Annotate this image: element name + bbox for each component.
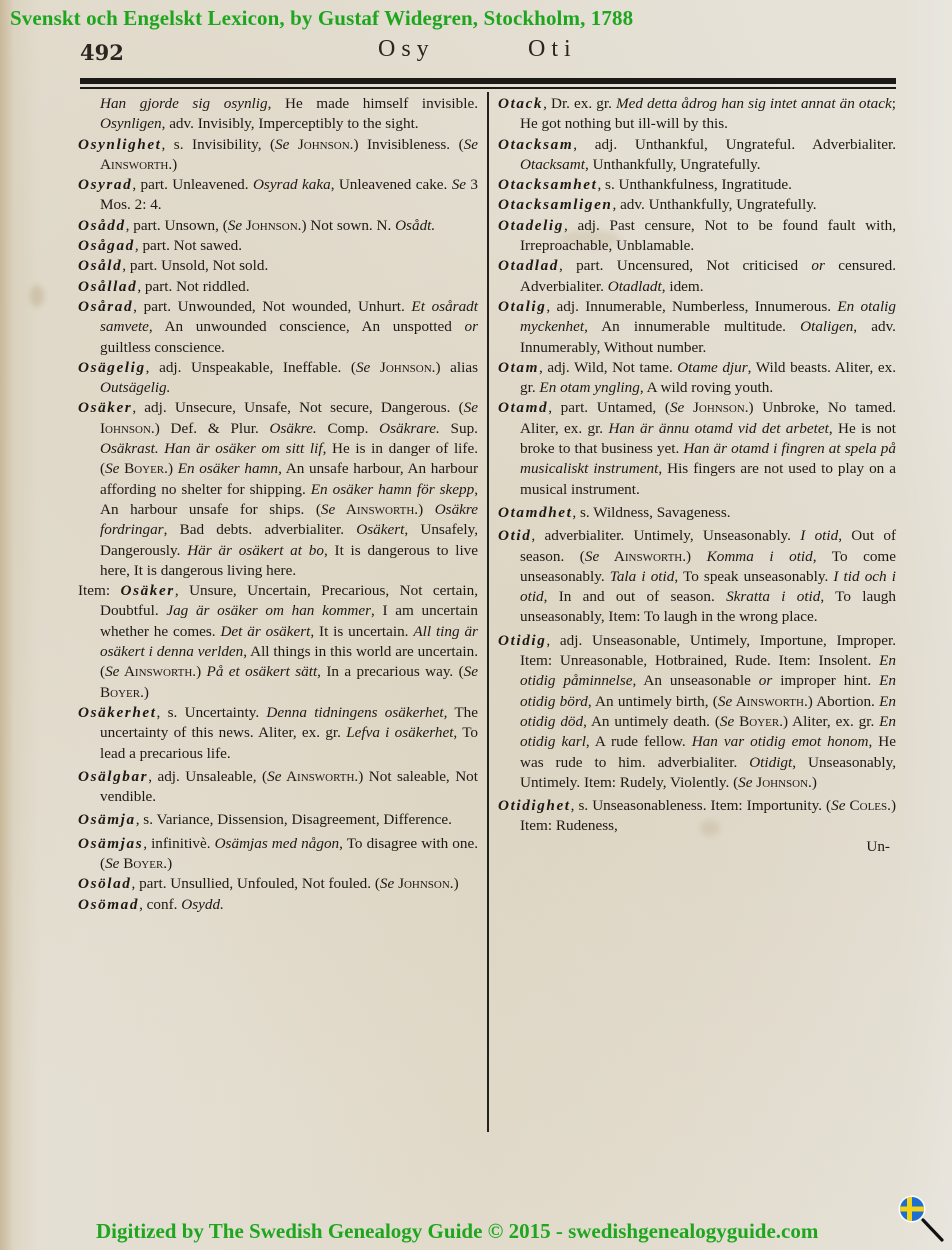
headword: Osårad [78, 298, 133, 315]
headword: Osållad [78, 278, 137, 295]
dictionary-entry: Osynlighet, s. Invisibility, (Se Johnson… [78, 135, 478, 176]
dictionary-entry: Osådd, part. Unsown, (Se Johnson.) Not s… [78, 216, 478, 236]
headword: Otalig [498, 298, 546, 315]
example-text: Jag är osäker om han kommer [166, 602, 371, 619]
header-rule-thin [80, 87, 896, 89]
definition-text: , adj. Unspeakable, Ineffable. ( [146, 359, 356, 376]
dictionary-entry: Osämjas, infinitivè. Osämjas med någon, … [78, 834, 478, 875]
headword: Osämjas [78, 835, 143, 852]
headword: Osådd [78, 217, 126, 234]
source-reference: Ainsworth. [335, 501, 418, 518]
definition-text: ) [812, 774, 817, 791]
example-text: Se [464, 399, 478, 416]
headword: Osämja [78, 811, 136, 828]
example-text: Se [720, 713, 734, 730]
definition-text: , s. Variance, Dissension, Disagreement,… [136, 811, 452, 828]
definition-text: , part. Unsown, ( [126, 217, 228, 234]
dictionary-entry: Otam, adj. Wild, Not tame. Otame djur, W… [498, 358, 896, 399]
definition-text: ) Not sown. N. [301, 217, 395, 234]
dictionary-entry: Osållad, part. Not riddled. [78, 277, 478, 297]
example-text: Otaligen [800, 318, 853, 335]
example-text: Otadladt [608, 278, 662, 295]
dictionary-entry: Osälgbar, adj. Unsaleable, (Se Ainsworth… [78, 767, 478, 808]
example-text: Otacksamt [520, 156, 585, 173]
definition-text: , An innumerable multitude. [584, 318, 800, 335]
headword: Osäkerhet [78, 704, 157, 721]
headword: Osömad [78, 896, 139, 913]
headword: Otidighet [498, 797, 571, 814]
headword: Osynlighet [78, 136, 162, 153]
example-text: Här är osäkert at bo [187, 542, 324, 559]
example-text: Se [356, 359, 370, 376]
example-text: Skratta i otid [726, 588, 820, 605]
example-text: Se [718, 693, 732, 710]
source-reference: Ainsworth. [732, 693, 808, 710]
definition-text: , Unleavened cake. [331, 176, 452, 193]
dictionary-entry: Otacksamhet, s. Unthankfulness, Ingratit… [498, 175, 896, 195]
headword: Osåld [78, 257, 122, 274]
definition-text: ) Aliter, ex. gr. [783, 713, 879, 730]
definition-text: , s. Unthankfulness, Ingratitude. [597, 176, 791, 193]
dictionary-entry: Otidighet, s. Unseasonableness. Item: Im… [498, 796, 896, 837]
example-text: En osäker hamn för skepp [311, 481, 474, 498]
headword: Otacksamligen [498, 196, 612, 213]
definition-text: , Dr. ex. gr. [543, 95, 616, 112]
definition-text: , s. Uncertainty. [157, 704, 267, 721]
definition-text: , To speak unseasonably. [674, 568, 833, 585]
catchword: Un- [498, 837, 896, 857]
dictionary-entry: Otamd, part. Untamed, (Se Johnson.) Unbr… [498, 398, 896, 499]
example-text: Han var otidig emot honom [692, 733, 869, 750]
headword: Otacksamhet [498, 176, 597, 193]
example-text: Osyrad kaka [253, 176, 331, 193]
example-text: Se [464, 663, 478, 680]
example-text: Se [452, 176, 466, 193]
definition-text: , An untimely birth, ( [588, 693, 718, 710]
definition-text: , part. Not sawed. [135, 237, 242, 254]
definition-text: ) Invisibleness. ( [353, 136, 463, 153]
definition-text: ) Def. & Plur. [155, 420, 270, 437]
definition-text: , Unthankfully, Ungratefully. [585, 156, 761, 173]
source-reference: Boyer. [119, 460, 168, 477]
definition-text: , part. Unleavened. [132, 176, 253, 193]
page-number: 492 [80, 40, 124, 65]
dictionary-entry: Osäkerhet, s. Uncertainty. Denna tidning… [78, 703, 478, 764]
dictionary-entry: Otadlad, part. Uncensured, Not criticise… [498, 256, 896, 297]
example-text: or [811, 257, 825, 274]
dictionary-entry: Otidig, adj. Unseasonable, Untimely, Imp… [498, 631, 896, 793]
dictionary-entry: Osåld, part. Unsold, Not sold. [78, 256, 478, 276]
definition-text: , part. Unwounded, Not wounded, Unhurt. [133, 298, 411, 315]
headword: Otidig [498, 632, 546, 649]
definition-text: ) [418, 501, 435, 518]
source-reference: Johnson. [684, 399, 748, 416]
example-text: Se [267, 768, 281, 785]
example-text: Se [275, 136, 289, 153]
definition-text: ) alias [435, 359, 478, 376]
headword: Osäker [121, 582, 175, 599]
definition-text: , adv. Invisibly, Imperceptibly to the s… [162, 115, 419, 132]
dictionary-entry: Otid, adverbialiter. Untimely, Unseasona… [498, 526, 896, 627]
definition-text: improper hint. [772, 672, 879, 689]
dictionary-entry: Osyrad, part. Unleavened. Osyrad kaka, U… [78, 175, 478, 216]
definition-text: , s. Unseasonableness. Item: Importunity… [571, 797, 832, 814]
example-text: En otam yngling [539, 379, 639, 396]
example-text: Han gjorde sig osynlig [100, 95, 268, 112]
definition-text: Item: [78, 582, 121, 599]
example-text: Han är ännu otamd vid det arbetet [608, 420, 828, 437]
source-reference: Johnson. [289, 136, 353, 153]
headword: Otamd [498, 399, 548, 416]
example-text: Otidigt [749, 754, 792, 771]
definition-text: ) [686, 548, 707, 565]
definition-text: , part. Untamed, ( [548, 399, 670, 416]
example-text: Se [585, 548, 599, 565]
example-text: Lefva i osäkerhet [346, 724, 453, 741]
swedish-flag-magnifier-icon[interactable] [896, 1193, 946, 1243]
definition-text: , s. Invisibility, ( [162, 136, 276, 153]
example-text: Osäkrast. Han är osäker om sitt lif [100, 440, 323, 457]
example-text: Se [321, 501, 335, 518]
dictionary-entry: Han gjorde sig osynlig, He made himself … [78, 94, 478, 135]
headword: Otadlad [498, 257, 559, 274]
example-text: Med detta ådrog han sig intet annat än o… [616, 95, 892, 112]
example-text: or [464, 318, 478, 335]
definition-text: , adj. Unsaleable, ( [148, 768, 267, 785]
example-text: Se [105, 663, 119, 680]
definition-text: , An untimely death. ( [583, 713, 720, 730]
example-text: Se [670, 399, 684, 416]
digitization-caption-top: Svenskt och Engelskt Lexicon, by Gustaf … [10, 6, 633, 31]
example-text: Tala i otid [610, 568, 675, 585]
example-text: Osäkre. [270, 420, 317, 437]
definition-text: ) [172, 156, 177, 173]
headword: Otack [498, 95, 543, 112]
headword: Otam [498, 359, 539, 376]
definition-text: , An unwounded conscience, An unspotted [149, 318, 465, 335]
dictionary-entry: Otadelig, adj. Past censure, Not to be f… [498, 216, 896, 257]
dictionary-entry: Osömad, conf. Osydd. [78, 895, 478, 915]
source-reference: Coles. [845, 797, 890, 814]
example-text: Denna tidningens osäkerhet [266, 704, 443, 721]
example-text: Se [228, 217, 242, 234]
source-reference: Johnson. [394, 875, 453, 892]
example-text: Se [831, 797, 845, 814]
definition-text: , idem. [662, 278, 704, 295]
definition-text: , adj. Past censure, Not to be found fau… [520, 217, 896, 254]
dictionary-entry: Osågad, part. Not sawed. [78, 236, 478, 256]
definition-text: , A rude fellow. [586, 733, 692, 750]
definition-text: , adj. Unseasonable, Untimely, Importune… [520, 632, 896, 669]
definition-text: , In and out of season. [544, 588, 726, 605]
dictionary-entry: Osägelig, adj. Unspeakable, Ineffable. (… [78, 358, 478, 399]
definition-text: , In a precarious way. ( [317, 663, 464, 680]
example-text: Se [464, 136, 478, 153]
definition-text: , s. Wildness, Savageness. [572, 504, 730, 521]
example-text: Osådt. [395, 217, 435, 234]
dictionary-entry: Osäker, adj. Unsecure, Unsafe, Not secur… [78, 398, 478, 581]
source-reference: Johnson. [242, 217, 301, 234]
dictionary-entry: Otacksamligen, adv. Unthankfully, Ungrat… [498, 195, 896, 215]
example-text: Osäkrare. [379, 420, 440, 437]
definition-text: Sup. [440, 420, 478, 437]
headword: Otamdhet [498, 504, 572, 521]
column-divider [487, 92, 489, 1132]
headword: Osälgbar [78, 768, 148, 785]
example-text: På et osäkert sätt [207, 663, 318, 680]
definition-text: ) [454, 875, 459, 892]
definition-text: guiltless conscience. [100, 339, 225, 356]
source-reference: Boyer. [100, 684, 144, 701]
definition-text: Comp. [317, 420, 380, 437]
definition-text: , It is uncertain. [310, 623, 413, 640]
definition-text: ) Abortion. [808, 693, 879, 710]
dictionary-entry: Osämja, s. Variance, Dissension, Disagre… [78, 810, 478, 830]
left-column: Han gjorde sig osynlig, He made himself … [78, 94, 478, 915]
definition-text: , part. Unsold, Not sold. [122, 257, 268, 274]
headword: Otid [498, 527, 531, 544]
headword: Osäker [78, 399, 132, 416]
headword: Osågad [78, 237, 135, 254]
definition-text: , adj. Unsecure, Unsafe, Not secure, Dan… [132, 399, 463, 416]
running-head-left: Osy [378, 36, 435, 63]
headword: Osölad [78, 875, 131, 892]
definition-text: , Bad debts. adverbialiter. [164, 521, 357, 538]
definition-text: , adj. Innumerable, Numberless, Innumero… [546, 298, 837, 315]
source-reference: Iohnson. [100, 420, 155, 437]
dictionary-entry: Osölad, part. Unsullied, Unfouled, Not f… [78, 874, 478, 894]
example-text: Otame djur [677, 359, 747, 376]
definition-text: , adj. Wild, Not tame. [539, 359, 677, 376]
source-reference: Boyer. [734, 713, 783, 730]
definition-text: , He made himself invisible. [268, 95, 478, 112]
definition-text: , conf. [139, 896, 181, 913]
example-text: Osynligen [100, 115, 162, 132]
headword: Osägelig [78, 359, 146, 376]
source-reference: Johnson. [370, 359, 435, 376]
definition-text: , part. Uncensured, Not criticised [559, 257, 811, 274]
example-text: or [759, 672, 773, 689]
definition-text: , A wild roving youth. [640, 379, 773, 396]
definition-text: ) [196, 663, 206, 680]
definition-text: ) [144, 684, 149, 701]
dictionary-entry: Otacksam, adj. Unthankful, Ungrateful. A… [498, 135, 896, 176]
source-reference: Ainsworth. [119, 663, 196, 680]
dictionary-entry: Otamdhet, s. Wildness, Savageness. [498, 503, 896, 523]
source-reference: Johnson. [753, 774, 812, 791]
running-head-right: Oti [528, 36, 577, 63]
header-rule [80, 78, 896, 84]
definition-text: , adverbialiter. Untimely, Unseasonably. [531, 527, 800, 544]
example-text: Outsägelig. [100, 379, 170, 396]
example-text: Se [738, 774, 752, 791]
definition-text: ) [167, 855, 172, 872]
example-text: Se [105, 855, 119, 872]
definition-text: , part. Unsullied, Unfouled, Not fouled.… [131, 875, 379, 892]
definition-text: , adv. Unthankfully, Ungratefully. [612, 196, 816, 213]
dictionary-entry: Otalig, adj. Innumerable, Numberless, In… [498, 297, 896, 358]
headword: Otadelig [498, 217, 564, 234]
dictionary-entry: Item: Osäker, Unsure, Uncertain, Precari… [78, 581, 478, 703]
right-column: Otack, Dr. ex. gr. Med detta ådrog han s… [498, 94, 896, 857]
source-reference: Ainsworth. [100, 156, 172, 173]
example-text: Se [380, 875, 394, 892]
definition-text: , An unseasonable [633, 672, 759, 689]
example-text: Det är osäkert [220, 623, 310, 640]
digitization-caption-bottom: Digitized by The Swedish Genealogy Guide… [96, 1219, 818, 1244]
definition-text: ) [168, 460, 178, 477]
example-text: Osydd. [181, 896, 224, 913]
example-text: Se [105, 460, 119, 477]
definition-text: , part. Not riddled. [137, 278, 249, 295]
headword: Otacksam [498, 136, 573, 153]
definition-text: , infinitivè. [143, 835, 214, 852]
source-reference: Ainsworth. [281, 768, 358, 785]
dictionary-entry: Osårad, part. Unwounded, Not wounded, Un… [78, 297, 478, 358]
example-text: En osäker hamn [178, 460, 278, 477]
headword: Osyrad [78, 176, 132, 193]
source-reference: Ainsworth. [599, 548, 686, 565]
definition-text: , adj. Unthankful, Ungrateful. Adverbial… [573, 136, 896, 153]
dictionary-entry: Otack, Dr. ex. gr. Med detta ådrog han s… [498, 94, 896, 135]
example-text: Osäkert [356, 521, 404, 538]
example-text: Komma i otid [707, 548, 813, 565]
example-text: Osämjas med någon [215, 835, 340, 852]
source-reference: Boyer. [119, 855, 167, 872]
example-text: I otid [800, 527, 838, 544]
